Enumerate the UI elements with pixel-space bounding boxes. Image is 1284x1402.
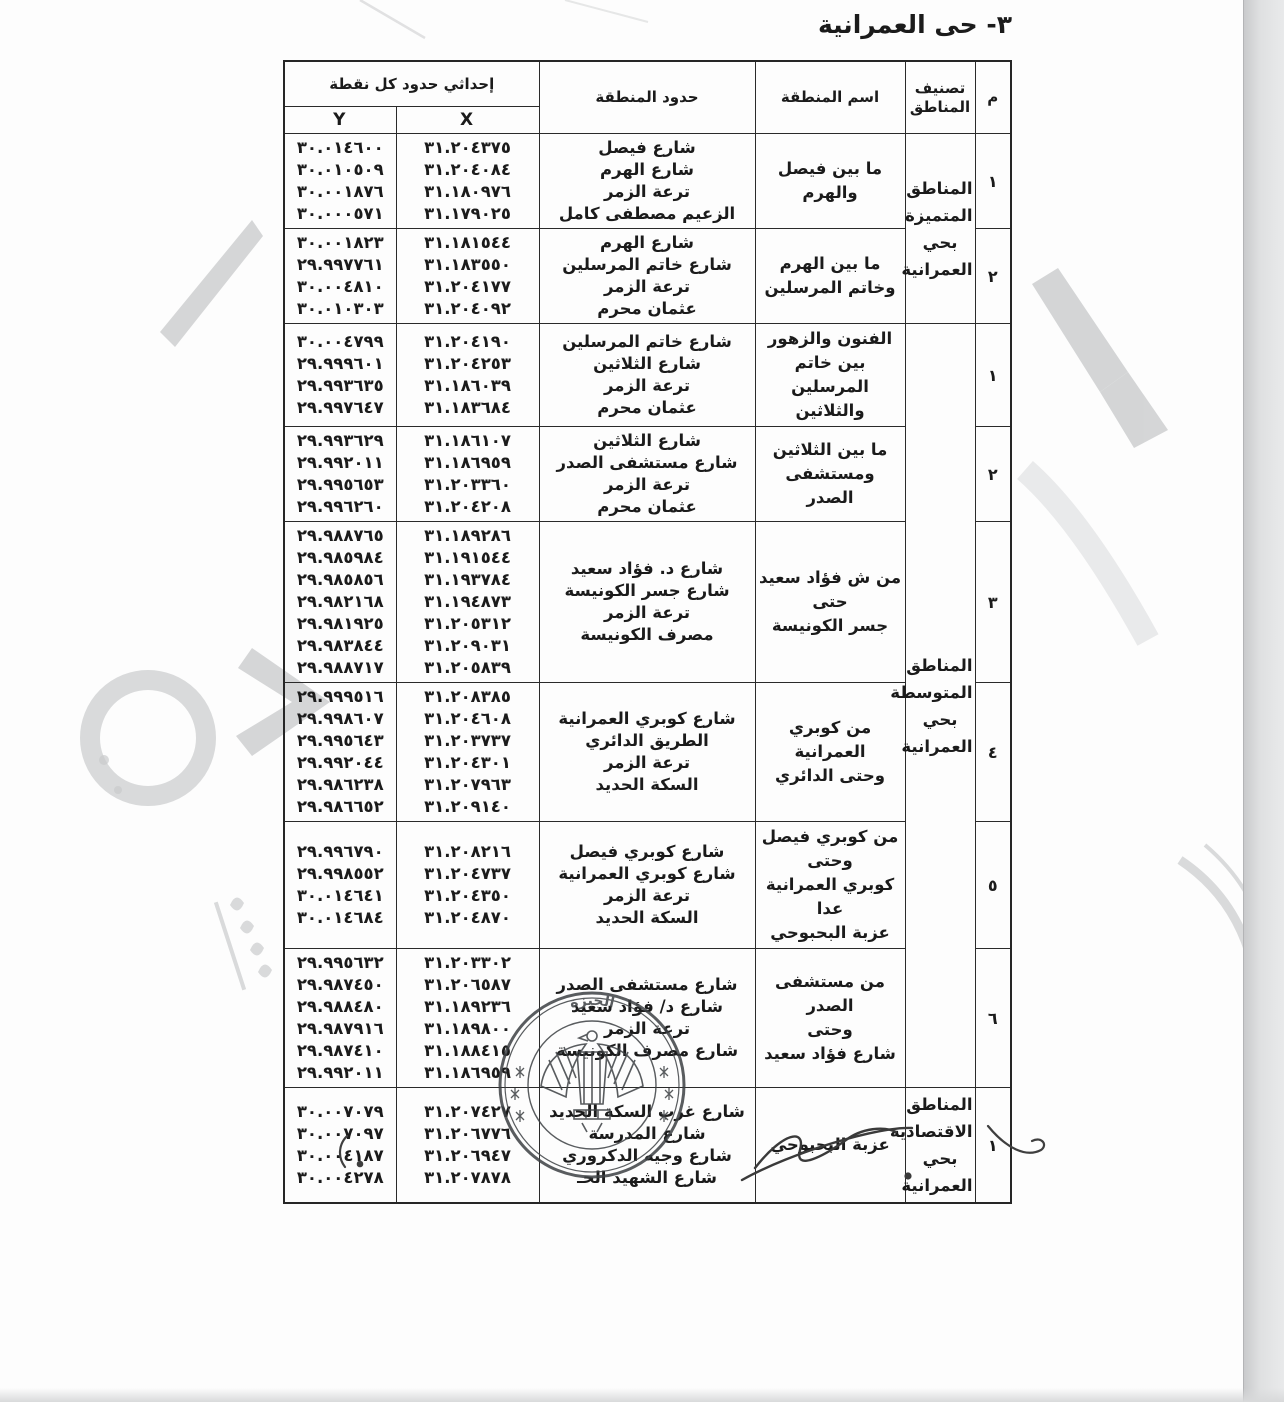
page-title: ٣- حى العمرانية [818,10,1012,39]
header-area-name: اسم المنطقة [755,61,905,134]
area-bounds-cell: شارع كوبري فيصل شارع كوبري العمرانية ترع… [539,822,755,949]
x-coordinates-cell: ٣١.٢٠٤٣٧٥ ٣١.٢٠٤٠٨٤ ٣١.١٨٠٩٧٦ ٣١.١٧٩٠٢٥ [396,134,539,229]
row-number-cell: ٣ [975,522,1011,683]
x-coordinates-cell: ٣١.٢٠٨٣٨٥ ٣١.٢٠٤٦٠٨ ٣١.٢٠٣٧٣٧ ٣١.٢٠٤٣٠١ … [396,683,539,822]
area-name-cell: من كوبري العمرانية وحتى الدائري [755,683,905,822]
y-coordinates-cell: ٢٩.٩٩٥٦٣٢ ٢٩.٩٨٧٤٥٠ ٢٩.٩٨٨٤٨٠ ٢٩.٩٨٧٩١٦ … [284,949,396,1088]
area-name-cell: من كوبري فيصل وحتى كوبري العمرانية عدا ع… [755,822,905,949]
row-number-cell: ٥ [975,822,1011,949]
table-body: ١المناطق المتميزة بحي العمرانيةما بين في… [284,134,1011,1204]
y-coordinates-cell: ٢٩.٩٨٨٧٦٥ ٢٩.٩٨٥٩٨٤ ٢٩.٩٨٥٨٥٦ ٢٩.٩٨٢١٦٨ … [284,522,396,683]
row-number-cell: ٤ [975,683,1011,822]
y-coordinates-cell: ٣٠.٠٠٤٧٩٩ ٢٩.٩٩٩٦٠١ ٢٩.٩٩٣٦٣٥ ٢٩.٩٩٧٦٤٧ [284,324,396,427]
table-row: ١المناطق المتميزة بحي العمرانيةما بين في… [284,134,1011,229]
scan-edge-strip [1243,0,1284,1402]
area-bounds-cell: شارع مستشفى الصدر شارع د/ فؤاد سعيد ترعة… [539,949,755,1088]
header-classification: تصنيف المناطق [905,61,975,134]
header-area-bounds: حدود المنطقة [539,61,755,134]
table-row: ٣من ش فؤاد سعيد حتى جسر الكونيسةشارع د. … [284,522,1011,683]
header-coordinates: إحداثي حدود كل نقطة [284,61,539,107]
row-number-cell: ١ [975,324,1011,427]
header-number: م [975,61,1011,134]
y-coordinates-cell: ٢٩.٩٩٣٦٢٩ ٢٩.٩٩٢٠١١ ٢٩.٩٩٥٦٥٣ ٢٩.٩٩٦٢٦٠ [284,427,396,522]
table-header: م تصنيف المناطق اسم المنطقة حدود المنطقة… [284,61,1011,134]
area-bounds-cell: شارع الثلاثين شارع مستشفى الصدر ترعة الز… [539,427,755,522]
x-coordinates-cell: ٣١.١٨٩٢٨٦ ٣١.١٩١٥٤٤ ٣١.١٩٣٧٨٤ ٣١.١٩٤٨٧٣ … [396,522,539,683]
area-bounds-cell: شارع كوبري العمرانية الطريق الدائري ترعة… [539,683,755,822]
area-name-cell: من مستشفى الصدر وحتى شارع فؤاد سعيد [755,949,905,1088]
table-row: ١المناطق الاقتصادية بحي العمرانيةعزبة ال… [284,1088,1011,1204]
area-name-cell: ما بين الثلاثين ومستشفى الصدر [755,427,905,522]
boundaries-table: م تصنيف المناطق اسم المنطقة حدود المنطقة… [283,60,1012,1204]
scan-bottom-shadow [0,1388,1284,1402]
x-coordinates-cell: ٣١.١٨١٥٤٤ ٣١.١٨٣٥٥٠ ٣١.٢٠٤١٧٧ ٣١.٢٠٤٠٩٢ [396,229,539,324]
x-coordinates-cell: ٣١.٢٠٣٣٠٢ ٣١.٢٠٦٥٨٧ ٣١.١٨٩٢٣٦ ٣١.١٨٩٨٠٠ … [396,949,539,1088]
y-coordinates-cell: ٣٠.٠٠٧٠٧٩ ٣٠.٠٠٧٠٩٧ ٣٠.٠٠٤١٨٧ ٣٠.٠٠٤٢٧٨ [284,1088,396,1204]
classification-cell: المناطق المتميزة بحي العمرانية [905,134,975,324]
row-number-cell: ٢ [975,427,1011,522]
area-name-cell: ما بين الهرم وخاتم المرسلين [755,229,905,324]
table-row: ٦من مستشفى الصدر وحتى شارع فؤاد سعيدشارع… [284,949,1011,1088]
area-bounds-cell: شارع خاتم المرسلين شارع الثلاثين ترعة ال… [539,324,755,427]
classification-cell: المناطق الاقتصادية بحي العمرانية [905,1088,975,1204]
classification-cell: المناطق المتوسطة بحي العمرانية [905,324,975,1088]
table-row: ١المناطق المتوسطة بحي العمرانيةالفنون وا… [284,324,1011,427]
area-name-cell: من ش فؤاد سعيد حتى جسر الكونيسة [755,522,905,683]
row-number-cell: ١ [975,134,1011,229]
row-number-cell: ٢ [975,229,1011,324]
header-x: X [396,107,539,134]
x-coordinates-cell: ٣١.١٨٦١٠٧ ٣١.١٨٦٩٥٩ ٣١.٢٠٣٣٦٠ ٣١.٢٠٤٢٠٨ [396,427,539,522]
x-coordinates-cell: ٣١.٢٠٧٤٢٧ ٣١.٢٠٦٧٧٦ ٣١.٢٠٦٩٤٧ ٣١.٢٠٧٨٧٨ [396,1088,539,1204]
x-coordinates-cell: ٣١.٢٠٤١٩٠ ٣١.٢٠٤٢٥٣ ٣١.١٨٦٠٣٩ ٣١.١٨٣٦٨٤ [396,324,539,427]
area-name-cell: الفنون والزهور بين خاتم المرسلين والثلاث… [755,324,905,427]
row-number-cell: ٦ [975,949,1011,1088]
row-number-cell: ١ [975,1088,1011,1204]
area-name-cell: ما بين فيصل والهرم [755,134,905,229]
y-coordinates-cell: ٢٩.٩٩٩٥١٦ ٢٩.٩٩٨٦٠٧ ٢٩.٩٩٥٦٤٣ ٢٩.٩٩٢٠٤٤ … [284,683,396,822]
x-coordinates-cell: ٣١.٢٠٨٢١٦ ٣١.٢٠٤٧٣٧ ٣١.٢٠٤٣٥٠ ٣١.٢٠٤٨٧٠ [396,822,539,949]
header-y: Y [284,107,396,134]
table-row: ٢ما بين الثلاثين ومستشفى الصدرشارع الثلا… [284,427,1011,522]
y-coordinates-cell: ٢٩.٩٩٦٧٩٠ ٢٩.٩٩٨٥٥٢ ٣٠.٠١٤٦٤١ ٣٠.٠١٤٦٨٤ [284,822,396,949]
area-name-cell: عزبة البحبوحي [755,1088,905,1204]
y-coordinates-cell: ٣٠.٠١٤٦٠٠ ٣٠.٠١٠٥٠٩ ٣٠.٠٠١٨٧٦ ٣٠.٠٠٠٥٧١ [284,134,396,229]
area-bounds-cell: شارع فيصل شارع الهرم ترعة الزمر الزعيم م… [539,134,755,229]
scanned-document-page: { "page": { "title": "٣- حى العمرانية" }… [0,0,1284,1402]
area-bounds-cell: شارع الهرم شارع خاتم المرسلين ترعة الزمر… [539,229,755,324]
area-bounds-cell: شارع د. فؤاد سعيد شارع جسر الكونيسة ترعة… [539,522,755,683]
area-bounds-cell: شارع غرب السكة الحديد شارع المدرسة شارع … [539,1088,755,1204]
table-row: ٥من كوبري فيصل وحتى كوبري العمرانية عدا … [284,822,1011,949]
y-coordinates-cell: ٣٠.٠٠١٨٢٣ ٢٩.٩٩٧٧٦١ ٣٠.٠٠٤٨١٠ ٣٠.٠١٠٣٠٣ [284,229,396,324]
